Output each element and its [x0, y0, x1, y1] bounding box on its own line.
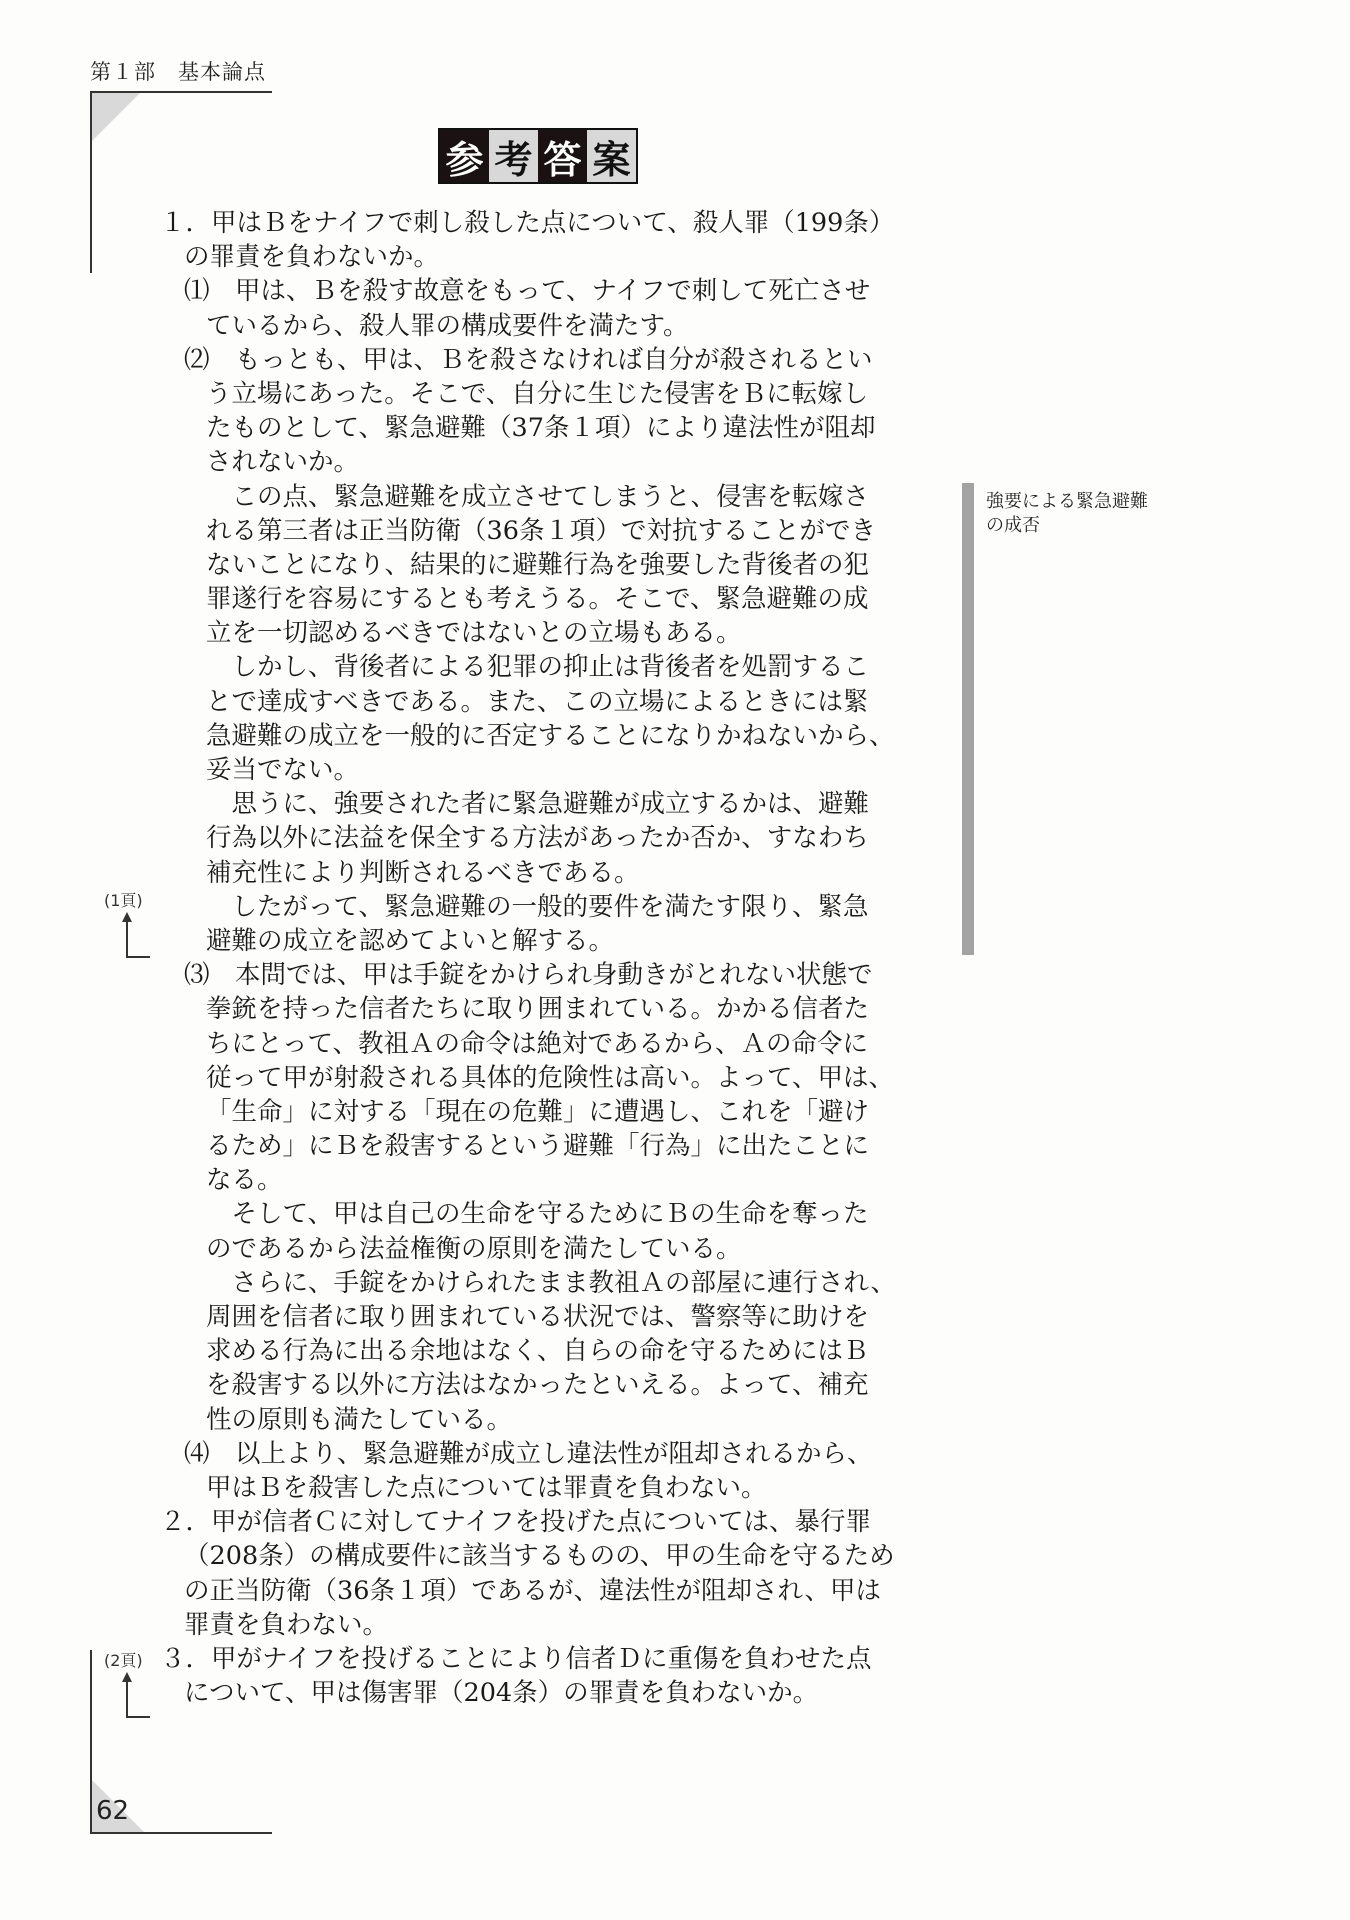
section-title: 参 考 答 案	[438, 128, 638, 184]
answer-body: １．甲はＢをナイフで刺し殺した点について、殺人罪（199条） の罪責を負わないか…	[160, 206, 940, 1710]
text-line: たものとして、緊急避難（37条１項）により違法性が阻却	[160, 411, 940, 445]
corner-triangle-top	[92, 93, 140, 141]
text-line: ているから、殺人罪の構成要件を満たす。	[160, 309, 940, 343]
text-line: 従って甲が射殺される具体的危険性は高い。よって、甲は、	[160, 1061, 940, 1095]
text-line: さらに、手錠をかけられたまま教祖Ａの部屋に連行され、	[160, 1266, 940, 1300]
text-line: 行為以外に法益を保全する方法があったか否か、すなわち	[160, 821, 940, 855]
text-line: について、甲は傷害罪（204条）の罪責を負わないか。	[160, 1676, 940, 1710]
text-line: の正当防衛（36条１項）であるが、違法性が阻却され、甲は	[160, 1574, 940, 1608]
page-ref-1-foot	[126, 956, 150, 958]
page-ref-2: (2頁)	[104, 1648, 143, 1671]
text-line: ないことになり、結果的に避難行為を強要した背後者の犯	[160, 548, 940, 582]
side-note-line: 強要による緊急避難	[986, 490, 1186, 514]
text-line: この点、緊急避難を成立させてしまうと、侵害を転嫁さ	[160, 480, 940, 514]
text-line: 拳銃を持った信者たちに取り囲まれている。かかる信者た	[160, 992, 940, 1026]
title-char: 考	[489, 130, 538, 182]
text-line: るため」にＢを殺害するという避難「行為」に出たことに	[160, 1129, 940, 1163]
text-line: 補充性により判断されるべきである。	[160, 856, 940, 890]
running-head: 第１部 基本論点	[90, 56, 266, 86]
text-line: ⑴ 甲は、Ｂを殺す故意をもって、ナイフで刺して死亡させ	[160, 274, 940, 308]
text-line: 周囲を信者に取り囲まれている状況では、警察等に助けを	[160, 1300, 940, 1334]
title-char: 参	[440, 130, 489, 182]
text-line: ⑷ 以上より、緊急避難が成立し違法性が阻却されるから、	[160, 1437, 940, 1471]
text-line: 甲はＢを殺害した点については罪責を負わない。	[160, 1471, 940, 1505]
text-line: 急避難の成立を一般的に否定することになりかねないから、	[160, 719, 940, 753]
side-note-line: の成否	[986, 514, 1186, 538]
text-line: 「生命」に対する「現在の危難」に遭遇し、これを「避け	[160, 1095, 940, 1129]
text-line: ⑵ もっとも、甲は、Ｂを殺さなければ自分が殺されるとい	[160, 343, 940, 377]
text-line: しかし、背後者による犯罪の抑止は背後者を処罰するこ	[160, 650, 940, 684]
page-ref-1: (1頁)	[104, 888, 143, 911]
text-line: う立場にあった。そこで、自分に生じた侵害をＢに転嫁し	[160, 377, 940, 411]
text-line: とで達成すべきである。また、この立場によるときには緊	[160, 685, 940, 719]
bottom-rule	[90, 1832, 272, 1834]
page-ref-2-stem	[126, 1680, 128, 1718]
side-note: 強要による緊急避難 の成否	[986, 490, 1186, 538]
text-line: ３．甲がナイフを投げることにより信者Ｄに重傷を負わせた点	[160, 1642, 940, 1676]
text-line: ２．甲が信者Ｃに対してナイフを投げた点については、暴行罪	[160, 1505, 940, 1539]
text-line: 避難の成立を認めてよいと解する。	[160, 924, 940, 958]
text-line: １．甲はＢをナイフで刺し殺した点について、殺人罪（199条）	[160, 206, 940, 240]
page-number: 62	[96, 1796, 129, 1826]
title-char: 答	[538, 130, 587, 182]
text-line: なる。	[160, 1163, 940, 1197]
text-line: したがって、緊急避難の一般的要件を満たす限り、緊急	[160, 890, 940, 924]
text-line: 罪責を負わない。	[160, 1608, 940, 1642]
text-line: の罪責を負わないか。	[160, 240, 940, 274]
text-line: そして、甲は自己の生命を守るためにＢの生命を奪った	[160, 1197, 940, 1231]
text-line: 立を一切認めるべきではないとの立場もある。	[160, 616, 940, 650]
text-line: 求める行為に出る余地はなく、自らの命を守るためにはＢ	[160, 1334, 940, 1368]
text-line: （208条）の構成要件に該当するものの、甲の生命を守るため	[160, 1539, 940, 1573]
text-line: ちにとって、教祖Ａの命令は絶対であるから、Ａの命令に	[160, 1027, 940, 1061]
text-line: 思うに、強要された者に緊急避難が成立するかは、避難	[160, 787, 940, 821]
text-line: 罪遂行を容易にするとも考えうる。そこで、緊急避難の成	[160, 582, 940, 616]
text-line: れる第三者は正当防衛（36条１項）で対抗することができ	[160, 514, 940, 548]
text-line: を殺害する以外に方法はなかったといえる。よって、補充	[160, 1368, 940, 1402]
title-char: 案	[587, 130, 636, 182]
text-line: 性の原則も満たしている。	[160, 1403, 940, 1437]
side-note-bar	[962, 483, 974, 955]
text-line: のであるから法益権衡の原則を満たしている。	[160, 1232, 940, 1266]
text-line: されないか。	[160, 445, 940, 479]
text-line: 妥当でない。	[160, 753, 940, 787]
text-line: ⑶ 本問では、甲は手錠をかけられ身動きがとれない状態で	[160, 958, 940, 992]
page-ref-1-stem	[126, 920, 128, 958]
page-ref-2-foot	[126, 1716, 150, 1718]
